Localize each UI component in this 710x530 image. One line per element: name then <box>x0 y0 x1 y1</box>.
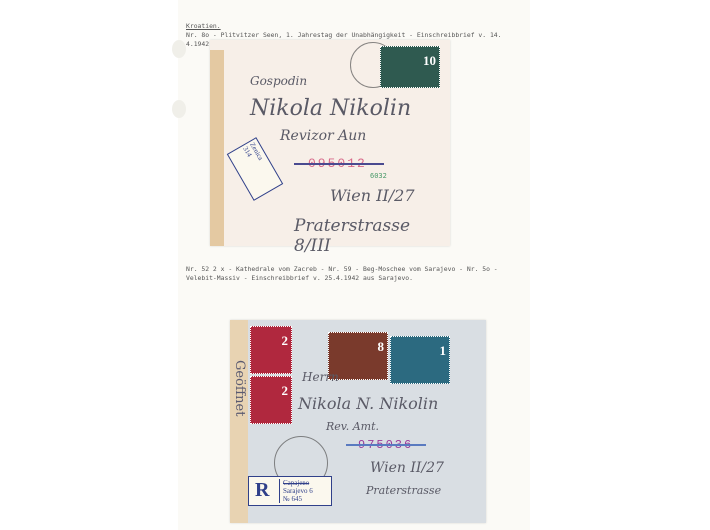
stamp-value: 1 <box>440 343 447 359</box>
stamp-value: 10 <box>423 53 436 69</box>
address-street: Praterstrasse <box>366 484 441 497</box>
address-city: Wien II/27 <box>330 186 415 205</box>
address-line-2: Nikola N. Nikolin <box>298 394 438 413</box>
stamp-velebit: 1 <box>390 336 450 384</box>
address-line-1: Herrn <box>302 370 339 384</box>
stamp-zagreb-cathedral: 2 <box>250 326 292 374</box>
caption-2: Nr. 52 2 x - Kathedrale vom Zacreb - Nr.… <box>186 265 526 283</box>
address-line-2: Nikola Nikolin <box>250 96 411 121</box>
address-line-1: Gospodin <box>250 74 307 88</box>
punch-hole <box>172 40 186 58</box>
stamp-value: 2 <box>282 333 289 349</box>
registration-number-label: № <box>283 495 290 503</box>
address-street: Praterstrasse 8/III <box>294 216 450 256</box>
registration-label: Zenica 314 <box>227 137 283 201</box>
address-city: Wien II/27 <box>370 460 444 476</box>
stamp-zagreb-cathedral: 2 <box>250 376 292 424</box>
registration-place: Sarajevo 6 <box>283 487 313 495</box>
envelope-sarajevo: Geöffnet 2 2 8 1 Herrn Nikola N. Nikolin… <box>230 320 486 523</box>
strike-line <box>346 444 426 446</box>
section-title: Kroatien. <box>186 22 526 31</box>
registration-label: R Сарајево Sarajevo 6 № 645 <box>248 476 332 506</box>
envelope-zenica: 10 Gospodin Nikola Nikolin Revizor Aun 0… <box>210 40 450 246</box>
album-page: Kroatien.Nr. 8o - Plitvitzer Seen, 1. Ja… <box>178 0 530 530</box>
stamp-value: 8 <box>378 339 385 355</box>
registration-number: 645 <box>291 495 302 503</box>
stamp-plitvice: 10 <box>380 46 440 88</box>
registration-letter: R <box>255 479 269 502</box>
stamp-value: 2 <box>282 383 289 399</box>
registration-place-cyrillic: Сарајево <box>283 479 309 487</box>
address-line-3: Rev. Amt. <box>326 420 379 433</box>
green-number: 6032 <box>370 172 387 180</box>
punch-hole <box>172 100 186 118</box>
strike-line <box>294 163 384 165</box>
address-line-3: Revizor Aun <box>280 128 366 144</box>
censor-tape: Geöffnet <box>230 320 248 523</box>
censor-tape-text: Geöffnet <box>232 360 247 416</box>
censor-tape <box>210 50 224 246</box>
